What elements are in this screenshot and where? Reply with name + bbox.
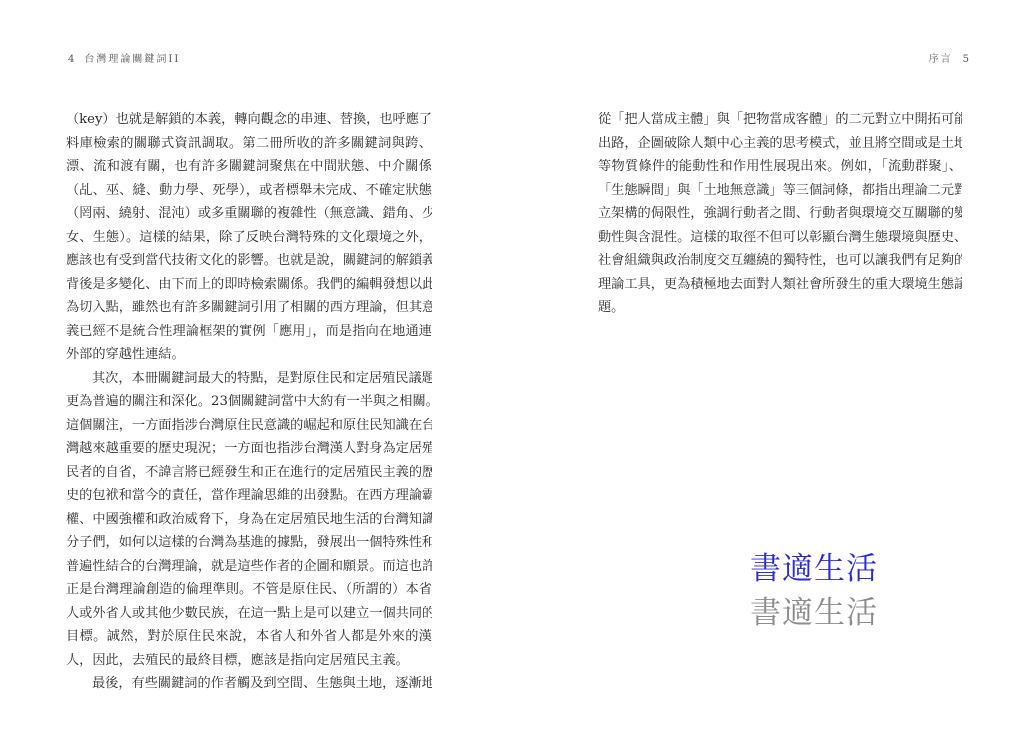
text-line: 這個關注，一方面指涉台灣原住民意識的崛起和原住民知識在台 (66, 414, 432, 438)
text-line: （乩、巫、縫、動力學、死學），或者標舉未完成、不確定狀態 (66, 179, 432, 203)
text-line: 目標。誠然，對於原住民來說，本省人和外省人都是外來的漢 (66, 625, 432, 649)
text-line: 題。 (598, 296, 962, 320)
text-line: 「生態瞬間」與「土地無意識」等三個詞條，都指出理論二元對 (598, 179, 962, 203)
text-line: 為切入點，雖然也有許多關鍵詞引用了相關的西方理論，但其意 (66, 296, 432, 320)
text-line: 分子們，如何以這樣的台灣為基進的據點，發展出一個特殊性和 (66, 531, 432, 555)
text-line: 最後，有些關鍵詞的作者觸及到空間、生態與土地，逐漸地 (66, 672, 432, 696)
text-line: 灣越來越重要的歷史現況；一方面也指涉台灣漢人對身為定居殖 (66, 437, 432, 461)
text-line: 外部的穿越性連結。 (66, 343, 432, 367)
book-title: 台灣理論關鍵詞II (84, 54, 180, 65)
left-running-head: 4台灣理論關鍵詞II (68, 50, 180, 65)
text-line: 背後是多變化、由下而上的即時檢索關係。我們的編輯發想以此 (66, 273, 432, 297)
text-line: 其次，本冊關鍵詞最大的特點，是對原住民和定居殖民議題 (66, 367, 432, 391)
text-line: （罔兩、繞射、混沌）或多重關聯的複雜性（無意識、錯角、少 (66, 202, 432, 226)
text-line: 更為普遍的關注和深化。23個關鍵詞當中大約有一半與之相關。 (66, 390, 432, 414)
text-line: 動性與含混性。這樣的取徑不但可以彰顯台灣生態環境與歷史、 (598, 226, 962, 250)
text-line: 普遍性結合的台灣理論，就是這些作者的企圖和願景。而這也許 (66, 555, 432, 579)
text-line: 料庫檢索的關聯式資訊調取。第二冊所收的許多關鍵詞與跨、 (66, 132, 432, 156)
text-line: 等物質條件的能動性和作用性展現出來。例如，「流動群聚」、 (598, 155, 962, 179)
watermark-logo-primary: 書適生活 (750, 554, 878, 585)
text-line: 社會組織與政治制度交互纏繞的獨特性，也可以讓我們有足夠的 (598, 249, 962, 273)
text-line: 人，因此，去殖民的最終目標，應該是指向定居殖民主義。 (66, 649, 432, 673)
text-line: 立架構的侷限性，強調行動者之間、行動者與環境交互關聯的變 (598, 202, 962, 226)
text-line: 權、中國強權和政治威脅下，身為在定居殖民地生活的台灣知識 (66, 508, 432, 532)
left-body-text: （key）也就是解鎖的本義，轉向觀念的串連、替換，也呼應了資料庫檢索的關聯式資訊… (66, 108, 432, 696)
chapter-title: 序言 (929, 54, 953, 65)
right-page-number: 5 (963, 54, 969, 65)
text-line: 義已經不是統合性理論框架的實例「應用」，而是指向在地通連 (66, 320, 432, 344)
watermark-logo-secondary: 書適生活 (750, 598, 878, 629)
text-line: （key）也就是解鎖的本義，轉向觀念的串連、替換，也呼應了資 (66, 108, 432, 132)
left-page: 4台灣理論關鍵詞II （key）也就是解鎖的本義，轉向觀念的串連、替換，也呼應了… (0, 0, 513, 736)
text-line: 從「把人當成主體」與「把物當成客體」的二元對立中開拓可能 (598, 108, 962, 132)
right-body-text: 從「把人當成主體」與「把物當成客體」的二元對立中開拓可能出路，企圖破除人類中心主… (598, 108, 962, 320)
text-line: 正是台灣理論創造的倫理準則。不管是原住民、（所謂的）本省 (66, 578, 432, 602)
text-line: 史的包袱和當今的責任，當作理論思維的出發點。在西方理論霸 (66, 484, 432, 508)
text-line: 理論工具，更為積極地去面對人類社會所發生的重大環境生態議 (598, 273, 962, 297)
text-line: 女、生態）。這樣的結果，除了反映台灣特殊的文化環境之外， (66, 226, 432, 250)
text-line: 民者的自省，不諱言將已經發生和正在進行的定居殖民主義的歷 (66, 461, 432, 485)
left-page-number: 4 (68, 54, 74, 65)
text-line: 應該也有受到當代技術文化的影響。也就是說，關鍵詞的解鎖義 (66, 249, 432, 273)
text-line: 出路，企圖破除人類中心主義的思考模式，並且將空間或是土地 (598, 132, 962, 156)
text-line: 人或外省人或其他少數民族，在這一點上是可以建立一個共同的 (66, 602, 432, 626)
text-line: 漂、流和渡有關，也有許多關鍵詞聚焦在中間狀態、中介關係 (66, 155, 432, 179)
right-running-head: 序言5 (929, 50, 969, 65)
right-page: 序言5 從「把人當成主體」與「把物當成客體」的二元對立中開拓可能出路，企圖破除人… (513, 0, 1027, 736)
